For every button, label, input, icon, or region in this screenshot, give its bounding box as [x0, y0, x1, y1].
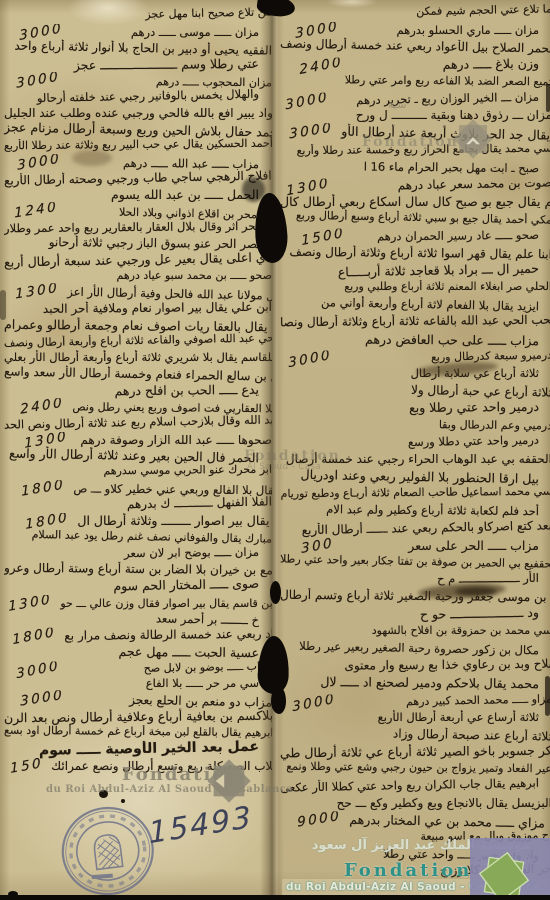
ink-dot [99, 790, 108, 798]
margin-amount: 1800 [21, 479, 66, 498]
arabic-text: واد يبير افع بالله فالحي ورجبي عنده وطلب… [4, 106, 272, 120]
scan-bottom-bar [0, 895, 550, 900]
arabic-text: ثلاثة أرباع عي حبة أرطال ولا [280, 381, 550, 400]
margin-amount: 3000 [16, 72, 61, 91]
margin-amount: 3000 [289, 123, 334, 143]
arabic-text: ابرهيم يقال بالقلع لبن مبخة أرباع غم خمس… [4, 724, 272, 740]
arabic-text: و ادم بن موسى جعفر ورحبة الصغير ثلاثة أر… [280, 588, 550, 605]
margin-amount: 9000 [297, 810, 342, 830]
arabic-text: أحمد الحسكين يقال عي حب البير ربع وثلاثة… [4, 137, 272, 153]
arabic-text: ثلاثة أرباع عي سلابة أرطال [280, 366, 550, 380]
arabic-text: ثلاثة أرساع عي أربعة أرطال الأربع [280, 710, 550, 724]
arabic-text: سي مر حر ـــــ بلا الفاع [4, 676, 272, 690]
arabic-text: صوى ـــــ المختار الحم سوم [4, 576, 272, 596]
arabic-text: صحو ـــــ بن محمد سبو عياد درهم [4, 269, 272, 282]
ink-blot [271, 686, 286, 714]
arabic-text: الفلا الفنهل ـــــــــــ ك بدرهم [4, 494, 272, 513]
manuscript-line: 1800ابن علي يقال بير اصوار ــــــــ وثلا… [4, 513, 272, 529]
arabic-text: بوبكر جسوبر باخو الصير ثلاثة أرباع عي ثل… [280, 743, 550, 761]
manuscript-line: حر الفباع بالاد كلا وز ح [280, 862, 550, 884]
arabic-text: الحمل ـــــ بن عبد الله يسوم [4, 187, 272, 202]
manuscript-line: 1800عابر وقال بيع الأعواد ربعي عند خمسة … [4, 626, 272, 645]
ink-blot [270, 581, 281, 604]
manuscript-line: 2400وزن بلاغ ـــــ درهم [280, 55, 550, 75]
arabic-text: درمير واحد عتي دطلا ورسع [280, 432, 550, 451]
arabic-text: ما تلاع عتي الحجم شيم فمكن [280, 2, 550, 20]
arabic-text: مزاي ـــــ محمد بن عي المختار بدرهم [349, 812, 550, 831]
arabic-text: صحو ـــــ عاد رسير الحمران درهم [353, 228, 550, 244]
margin-amount: 1240 [14, 201, 59, 221]
arabic-text: ابن قاسم يقال بير اصوار فقال وزن عالي ــ… [60, 597, 272, 610]
arabic-text: ابا علي يقال جد الحر بلاوث أربعة عند أرط… [341, 124, 550, 144]
arabic-text: مبارك يقال والفوفاني نصف غنم رطل يود عبد… [4, 527, 272, 545]
manuscript-page-left: من تلاع صحيح ابنا مهل عجز3000مزان ـــــ … [0, 0, 274, 900]
arabic-text: صبح ـ ابت مهل بحبر الحرام ماء 16 ا [280, 158, 550, 175]
arabic-text: ايزيد يقال بلا الفعام لاثة أرباع وأربعة … [280, 295, 550, 314]
stain [72, 150, 112, 166]
manuscript-page-right: ما تلاع عتي الحجم شيم فمكن3000مزان ـــــ… [278, 0, 550, 900]
arabic-text: بعد كتع اصركاو بالحكم ربعي عند ــــــ أر… [280, 518, 550, 537]
manuscript-line: الحمل ـــــ بن عبد الله يسوم [4, 187, 272, 203]
arabic-text: محر اثر وقال بلال العقار بالعقارير ربع و… [4, 219, 272, 236]
edge-mark [546, 84, 550, 112]
stain [455, 587, 497, 596]
edge-mark [545, 676, 550, 716]
arabic-text: مزان ـــــ موسى ـــــ درهم [71, 25, 272, 39]
arabic-text: ود ــــــــــــــــــــ حو ح [280, 604, 550, 624]
arabic-text: ثلاثة أرباع عند صبحة أرطال وزاد [280, 724, 550, 743]
binding-fold-shadow [260, 0, 284, 900]
arabic-text: ادمع بن خيران بلا الضار بن ستة أرباع وست… [4, 561, 272, 578]
arabic-text: سي محمد بن حمزوقة بن افلاح بالشهود [280, 624, 550, 637]
arabic-text: يحيى يقال بلاب الصعبكلة ربع وتسع أرطال و… [51, 759, 272, 773]
arabic-text: وزن بلاغ ـــــ درهم [351, 55, 550, 72]
arabic-text: البزيسل يقال بالانجاع وبع وكطير وكع ـــ … [280, 796, 550, 810]
arabic-text: تميع الصعر الضد بلا الفاعه ربع وامر عتي … [280, 72, 550, 88]
manuscript-scan: من تلاع صحيح ابنا مهل عجز3000مزان ـــــ … [0, 0, 550, 900]
arabic-text: صوت بن محمد سعر عباد درهم [338, 175, 550, 193]
arabic-text: الحصر الحر عنو بسوق الباز رجبي ثلاثة أرح… [4, 235, 272, 252]
arabic-text: حر الفباع بالاد كلا وز ح [280, 862, 550, 881]
arabic-text: مزاب ـــــ الحر على سعر [342, 538, 550, 553]
manuscript-line: ابر محرك عنو الحربي موسي سدرهم [4, 463, 272, 482]
arabic-text: درميي وعم الدرطال وبقا [280, 416, 550, 432]
arabic-text: سي محمد يقال بجامع الحراز ربع وخمسة عند … [280, 141, 550, 157]
arabic-text: حمير ال ـــ براد بلا قعاجد ثلاثة أربــــ… [280, 260, 550, 280]
arabic-text: الحقفه بي عبد الوهاب الحراء رجبي عند خمس… [280, 452, 550, 466]
arabic-text: درمير واحد عتي رطلا وبع [280, 399, 550, 417]
manuscript-line: 3000مزان ـــــ موسى ـــــ درهم [4, 24, 272, 40]
margin-amount: 1300 [15, 282, 60, 302]
arabic-text: الحمر الصلاح بيل الأعواد ربعي عند خمسة أ… [280, 37, 550, 56]
arabic-text: ابنا علم يقال قهر اسوا ثلاثة أرباع وثلاث… [280, 244, 550, 261]
arabic-text: صحوها ـــــ عبد الله الزار وصوفة درهم [76, 433, 272, 447]
arabic-text: سي محمد اسماعيل طاحب الصعام ثلاثة أربـاع… [280, 485, 550, 501]
arabic-text: واد واب حبير ـــــ واحد عتي رطلا [280, 846, 550, 863]
arabic-text: مزان ـــ الخير الوزان ربع ـ تحرير درهم [337, 89, 550, 107]
arabic-text: ابن علي يقال بير اصوار نعام وملافية أحر … [4, 300, 272, 317]
arabic-text: ابر محرك عنو الحربي موسي سدرهم [4, 463, 272, 479]
arabic-text: مزان ـــ رذوق دهنا وبقية ــــــــــ ل ور… [280, 108, 550, 122]
manuscript-line: ابن علي يقال بير اصوار نعام وملافية أحر … [4, 300, 272, 319]
arabic-text: الحبد الحي عبد الله اصوفي والفاعه ثلاثة … [4, 331, 272, 349]
arabic-text: بيل ارقا الحنطور بلا الفولير ربعي وعند ا… [280, 466, 550, 486]
arabic-text: الفقيه يحيى أو دبير بن الحاج بلا أنوار ث… [4, 38, 272, 57]
manuscript-line: بلقاسم يقال بلا شريري ثلاثة أرباع وأربعة… [4, 350, 272, 366]
margin-amount: 3000 [20, 690, 65, 710]
margin-amount: 2400 [20, 398, 65, 417]
arabic-text: عير الفعاد وتمير يزواج بن حيون رجبي وشع … [280, 760, 550, 776]
arabic-text: محب الحي عبد الله بالفاعه ثلاثة أرباع وث… [280, 313, 550, 330]
arabic-text: محمد يقال بلاحكم ودمير لصحنع اد ـــــ لا… [280, 674, 550, 692]
manuscript-line: درمير واحد عتي رطلا وبع [280, 399, 550, 419]
arabic-text: الحلي صر ابغلاء المعنم ثلاثة أرباع وطلبي… [280, 280, 550, 293]
arabic-text: خ ــــــــ بر أحمر سعد [4, 608, 272, 627]
arabic-text: الأر ــــــــــــــــــ م ح [280, 571, 550, 588]
arabic-text: عبد الله وقال بلازحب اسلام ربع عند ثلاثة… [4, 413, 272, 432]
arabic-text: والهلال يخمس بالوفانير رجبي عند خلفته أر… [4, 87, 272, 106]
manuscript-line: سي محمد يقال بجامع الحراز ربع وخمسة عند … [280, 141, 550, 161]
arabic-text: من تلاع صحيح ابنا مهل عجز [4, 5, 272, 23]
manuscript-line: محب الحي عبد الله بالفاعه ثلاثة أرباع وث… [280, 313, 550, 333]
arabic-text: درميرو سبعة كدرطال وربع [340, 348, 550, 365]
arabic-text: يدع ـــــ الحب بن افلح درهم [4, 382, 272, 400]
arabic-text: مكي أحمد يقال جيع بو سبي ثلاثة أرباع وسب… [280, 209, 550, 227]
arabic-text: الحقفيع بي الحمير بن صوفة بن تفتا جكار ب… [280, 552, 550, 570]
arabic-text: يحيى محمد بن افلاح الرهجي ساجي طاب ورجبي… [4, 168, 272, 187]
arabic-text: عابر وقال بيع الأعواد ربعي عند خمسة الرط… [64, 626, 272, 643]
arabic-text: مزان ـــــ بوضح ابر لان سعر [4, 545, 272, 562]
margin-amount: 1500 [301, 227, 346, 247]
arabic-text: مزان ـــــ ماري الحسلو بدرهم [347, 23, 550, 37]
library-stamp [52, 798, 163, 900]
arabic-text: مزاب ـــــ على حب العافض درهم [280, 330, 550, 348]
margin-amount: 3000 [17, 153, 62, 172]
arabic-text: مكال بن زكور حصروة رحبة الصغير ربعير عير… [280, 638, 550, 657]
arabic-text: مزاب ـــــ بوضو بن لابل صح [68, 659, 272, 676]
arabic-text: أحد فلم لكعابة ثلاثة أرباع وكطير ولم عبد… [280, 502, 550, 519]
manuscript-line: 150يحيى يقال بلاب الصعبكلة ربع وتسع أرطا… [4, 758, 272, 774]
arabic-text: عتي رطلا وسم ـــــــــــــــــــــ عجز [4, 56, 272, 74]
arabic-text: اح موزوق وبال مع اسو مبيعة [280, 829, 550, 845]
arabic-text: بلقاسم يقال جبع بو صبح كال سال اسكاع ربع… [280, 194, 550, 209]
arabic-text: بلقاسم يقال بلا شريري ثلاثة أرباع وأربعة… [4, 350, 272, 364]
margin-amount: 150 [10, 758, 44, 774]
edge-mark [0, 290, 6, 320]
arabic-text: بلاح وبد بن رعاوي خذا بع رسيع وار معتوى [280, 657, 550, 674]
arabic-text: مزاو ـــــ محمد الحمد كبير درهم [344, 692, 550, 709]
manuscript-line: 1500صحو ـــــ عاد رسير الحمران درهم [280, 227, 550, 247]
arabic-text: بلقاسم حفال بلاكسم بن بعافية أرباع وعلاف… [4, 707, 272, 725]
arabic-text: ابرهيم يقال جاب الكران ربع واحد عتي كطلا… [280, 776, 550, 795]
arabic-text: ابن علي يقال بير اصوار ــــــــ وثلاثة أ… [77, 513, 272, 528]
arabic-text: مولاي اعلى يقال بعير عل ورجبي عند سبعة أ… [4, 250, 272, 270]
